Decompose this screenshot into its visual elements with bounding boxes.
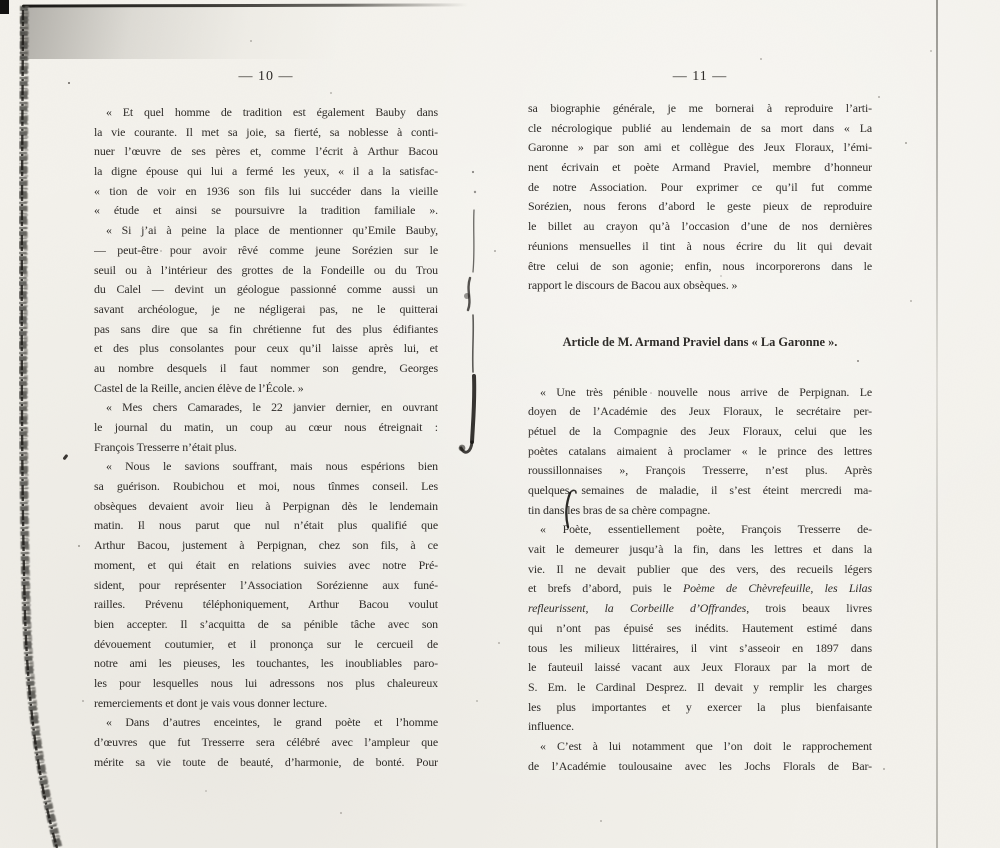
text-line: « Une très pénible nouvelle nous arrive … xyxy=(528,383,872,403)
text-line: « C’est à lui notamment que l’on doit le… xyxy=(528,737,872,757)
text-line: pétuel de la Compagnie des Jeux Floraux,… xyxy=(528,422,872,442)
text-line: remerciements et dont je vais vous donne… xyxy=(94,694,438,714)
page-edge-line xyxy=(936,0,938,848)
text-line: nuer l’œuvre de ses pères et, comme l’éc… xyxy=(94,142,438,162)
text-line: influence. xyxy=(528,717,872,737)
text-line: d’œuvres que fut Tresserre sera célébré … xyxy=(94,733,438,753)
page-number: — 10 — xyxy=(94,69,438,85)
text-column: « Et quel homme de tradition est égaleme… xyxy=(94,103,438,772)
text-line: de notre Association. Pour exprimer ce q… xyxy=(528,178,872,198)
text-line: poètes catalans aimaient à proclamer « l… xyxy=(528,442,872,462)
text-line: et des plus consolantes pour ceux qu’il … xyxy=(94,339,438,359)
text-line: matin. Il nous parut que nul n’était plu… xyxy=(94,516,438,536)
top-edge-shade xyxy=(20,7,450,59)
text-line: railles. Prévenu téléphoniquement, Arthu… xyxy=(94,595,438,615)
text-line: doyen de l’Académie des Jeux Floraux, le… xyxy=(528,402,872,422)
text-line: les plus importantes et y exercer la plu… xyxy=(528,698,872,718)
text-line: le journal du matin, un coup au cœur nou… xyxy=(94,418,438,438)
text-line: rapport le discours de Bacou aux obsèque… xyxy=(528,276,872,296)
text-line: nent écrivain et poète Armand Praviel, m… xyxy=(528,158,872,178)
text-line: sa biographie générale, je me bornerai à… xyxy=(528,99,872,119)
text-line: François Tresserre n’était plus. xyxy=(94,438,438,458)
paragraph: « Si j’ai à peine la place de mentionner… xyxy=(94,221,438,398)
text-line: la vie courante. Il met sa joie, sa fier… xyxy=(94,123,438,143)
speck-layer xyxy=(0,0,2,2)
text-line: pas sans dire que sa fin chrétienne fut … xyxy=(94,320,438,340)
text-line: et brefs d’abord, puis le Poème de Chèvr… xyxy=(528,579,872,599)
body-paragraphs: « Une très pénible nouvelle nous arrive … xyxy=(528,383,872,777)
text-line: vait le demeurer jusqu’à la fin, dans le… xyxy=(528,540,872,560)
paragraph: « Nous le savions souffrant, mais nous e… xyxy=(94,457,438,713)
text-line: du Calel — devint un géologue passionné … xyxy=(94,280,438,300)
text-line: Sorézien, nous ferons d’abord le geste p… xyxy=(528,197,872,217)
section-heading: Article de M. Armand Praviel dans « La G… xyxy=(528,333,872,353)
text-line: mérite sa vie toute de beauté, d’harmoni… xyxy=(94,753,438,773)
text-line: le billet au crayon qu’à l’occasion d’un… xyxy=(528,217,872,237)
text-line: Garonne » par son ami et collègue des Je… xyxy=(528,138,872,158)
text-line: le fauteuil laissé vacant aux Jeux Flora… xyxy=(528,658,872,678)
text-line: être celui de son agonie; enfin, nous in… xyxy=(528,257,872,277)
text-line: bien accepter. Il s’acquitta de sa pénib… xyxy=(94,615,438,635)
text-line: cle nécrologique publié au lendemain de … xyxy=(528,119,872,139)
text-line: seuil ou à l’intérieur des grottes de la… xyxy=(94,261,438,281)
text-line: refleurissent, la Corbeille d’Offrandes,… xyxy=(528,599,872,619)
text-line: Castel de la Reille, ancien élève de l’É… xyxy=(94,379,438,399)
text-line: « Si j’ai à peine la place de mentionner… xyxy=(94,221,438,241)
paragraph: « Poète, essentiellement poète, François… xyxy=(528,520,872,737)
text-line: « Mes chers Camarades, le 22 janvier der… xyxy=(94,398,438,418)
scanned-book-spread: — 10 — « Et quel homme de tradition est … xyxy=(0,0,1000,848)
text-line: au nombre desquels il faut nommer son ge… xyxy=(94,359,438,379)
text-line: « tion de voir en 1936 son fils lui succ… xyxy=(94,182,438,202)
paragraph: « Mes chers Camarades, le 22 janvier der… xyxy=(94,398,438,457)
text-line: quelques semaines de maladie, il s’est é… xyxy=(528,481,872,501)
text-line: tin dans les bras de sa chère compagne. xyxy=(528,501,872,521)
text-line: « Nous le savions souffrant, mais nous e… xyxy=(94,457,438,477)
text-line: de l’Académie toulousaine avec les Jochs… xyxy=(528,757,872,777)
text-line: vie. Il ne devait publier que des vers, … xyxy=(528,560,872,580)
text-line: Arthur Bacou, justement à Perpignan, che… xyxy=(94,536,438,556)
text-line: obsèques devaient avoir lieu à Perpignan… xyxy=(94,497,438,517)
text-line: réunions mensuelles il tint à nous écrir… xyxy=(528,237,872,257)
text-line: « Et quel homme de tradition est égaleme… xyxy=(94,103,438,123)
paragraph: « Et quel homme de tradition est égaleme… xyxy=(94,103,438,221)
page-number: — 11 — xyxy=(528,69,872,85)
paragraph: « Une très pénible nouvelle nous arrive … xyxy=(528,383,872,521)
text-line: moment, et qui était en relations suivie… xyxy=(94,556,438,576)
text-line: « Dans d’autres enceintes, le grand poèt… xyxy=(94,713,438,733)
text-column: sa biographie générale, je me bornerai à… xyxy=(528,99,872,776)
scan-corner-mark xyxy=(0,0,9,14)
comma-mark xyxy=(62,454,68,460)
spacer xyxy=(528,353,872,383)
left-edge-strip xyxy=(0,0,90,848)
paragraph: sa biographie générale, je me bornerai à… xyxy=(528,99,872,296)
paragraph: « Dans d’autres enceintes, le grand poèt… xyxy=(94,713,438,772)
text-line: — peut-être pour avoir rêvé comme jeune … xyxy=(94,241,438,261)
text-line: « Poète, essentiellement poète, François… xyxy=(528,520,872,540)
text-line: sident, pour représenter l’Association S… xyxy=(94,576,438,596)
text-line: les pour lesquelles nous lui adressons n… xyxy=(94,674,438,694)
text-line: « étude et ainsi se poursuivre la tradit… xyxy=(94,201,438,221)
text-line: roussillonnaises », François Tresserre, … xyxy=(528,461,872,481)
text-line: savant archéologue, je ne négligerai pas… xyxy=(94,300,438,320)
text-line: S. Em. le Cardinal Desprez. Il devait y … xyxy=(528,678,872,698)
continuation-paragraphs: sa biographie générale, je me bornerai à… xyxy=(528,99,872,296)
text-line: la digne épouse qui lui a fermé les yeux… xyxy=(94,162,438,182)
text-line: sa guérison. Roubichou et moi, nous tînm… xyxy=(94,477,438,497)
text-line: dévouement coutumier, et il prononça sur… xyxy=(94,635,438,655)
gutter-ink-mark xyxy=(445,150,505,470)
text-line: tous les milieux littéraires, il vint s’… xyxy=(528,639,872,659)
paragraph: « C’est à lui notamment que l’on doit le… xyxy=(528,737,872,776)
text-line: qui n’ont pas épuisé ses inédits. Hautem… xyxy=(528,619,872,639)
text-line: notre ami les pieuses, les touchantes, l… xyxy=(94,654,438,674)
spacer xyxy=(528,296,872,333)
